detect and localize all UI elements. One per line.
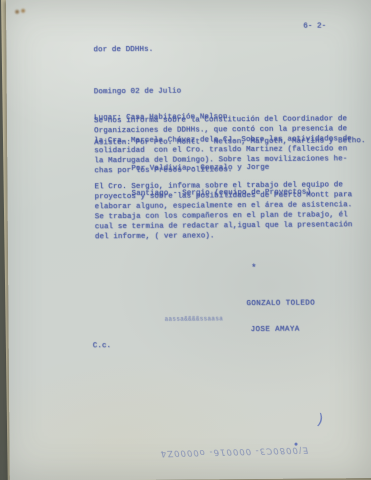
upside-down-archive-number: E/0080C3- 000016- o0000Z4: [159, 444, 309, 458]
signature-name-2: JOSE AMAYA: [251, 325, 316, 334]
body-paragraph-1: Se nos informa sobre la Constitución del…: [94, 114, 352, 176]
pen-dot-mark: [295, 443, 298, 446]
body-paragraph-2: El Cro. Sergio, informa sobre el trabajo…: [94, 180, 352, 242]
separator-asterisk: *: [251, 263, 257, 273]
signature-name-1: GONZALO TOLEDO: [246, 299, 315, 308]
continuation-line: dor de DDHHs.: [93, 46, 153, 54]
page-number: 6- 2-: [303, 22, 326, 30]
pen-stroke-mark: ): [316, 410, 325, 429]
document-photo: 6- 2- dor de DDHHs. Domingo 02 de Julio …: [0, 0, 371, 480]
typed-strikeout-row: aassa&&&&ssaasa: [165, 315, 224, 322]
document-page: 6- 2- dor de DDHHs. Domingo 02 de Julio …: [6, 0, 371, 480]
signature-block: GONZALO TOLEDO JOSE AMAYA: [246, 282, 315, 351]
rust-stain: [13, 8, 27, 15]
meeting-date-line: Domingo 02 de Julio: [94, 86, 366, 97]
carbon-copy-line: C.c.: [93, 342, 111, 350]
